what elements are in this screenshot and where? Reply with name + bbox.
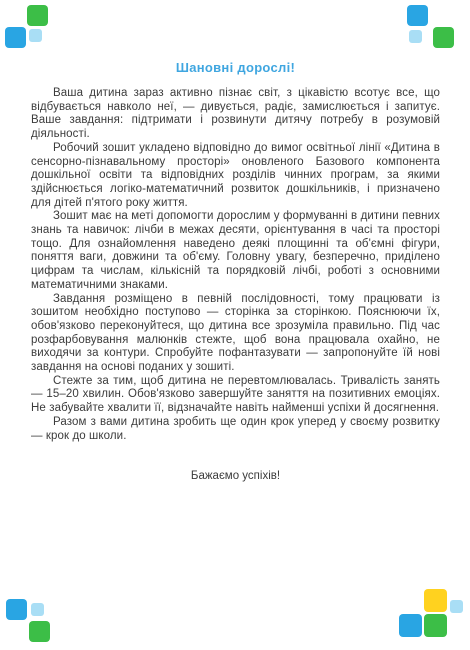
intro-paragraph: Завдання розміщено в певній послідовност… — [31, 293, 440, 375]
corner-decor-square — [399, 614, 422, 637]
corner-decor-square — [433, 27, 454, 48]
intro-paragraph: Ваша дитина зараз активно пізнає світ, з… — [31, 87, 440, 142]
corner-decor-square — [450, 600, 463, 613]
corner-decor-square — [5, 27, 26, 48]
corner-decor-square — [409, 30, 422, 43]
corner-decor-square — [407, 5, 428, 26]
corner-decor-square — [27, 5, 48, 26]
workbook-intro-page: Шановні дорослі! Ваша дитина зараз актив… — [0, 0, 470, 650]
corner-decor-square — [6, 599, 27, 620]
closing-line: Бажаємо успіхів! — [31, 469, 440, 483]
corner-decor-square — [31, 603, 44, 616]
intro-paragraph: Зошит має на меті допомогти дорослим у ф… — [31, 210, 440, 292]
intro-text: Ваша дитина зараз активно пізнає світ, з… — [31, 87, 440, 443]
corner-decor-square — [29, 621, 50, 642]
intro-paragraph: Стежте за тим, щоб дитина не перевтомлюв… — [31, 375, 440, 416]
intro-paragraph: Разом з вами дитина зробить ще один крок… — [31, 416, 440, 443]
corner-decor-square — [424, 589, 447, 612]
corner-decor-square — [29, 29, 42, 42]
intro-paragraph: Робочий зошит укладено відповідно до вим… — [31, 142, 440, 211]
page-title: Шановні дорослі! — [31, 60, 440, 75]
corner-decor-square — [424, 614, 447, 637]
page-content: Шановні дорослі! Ваша дитина зараз актив… — [31, 60, 440, 483]
